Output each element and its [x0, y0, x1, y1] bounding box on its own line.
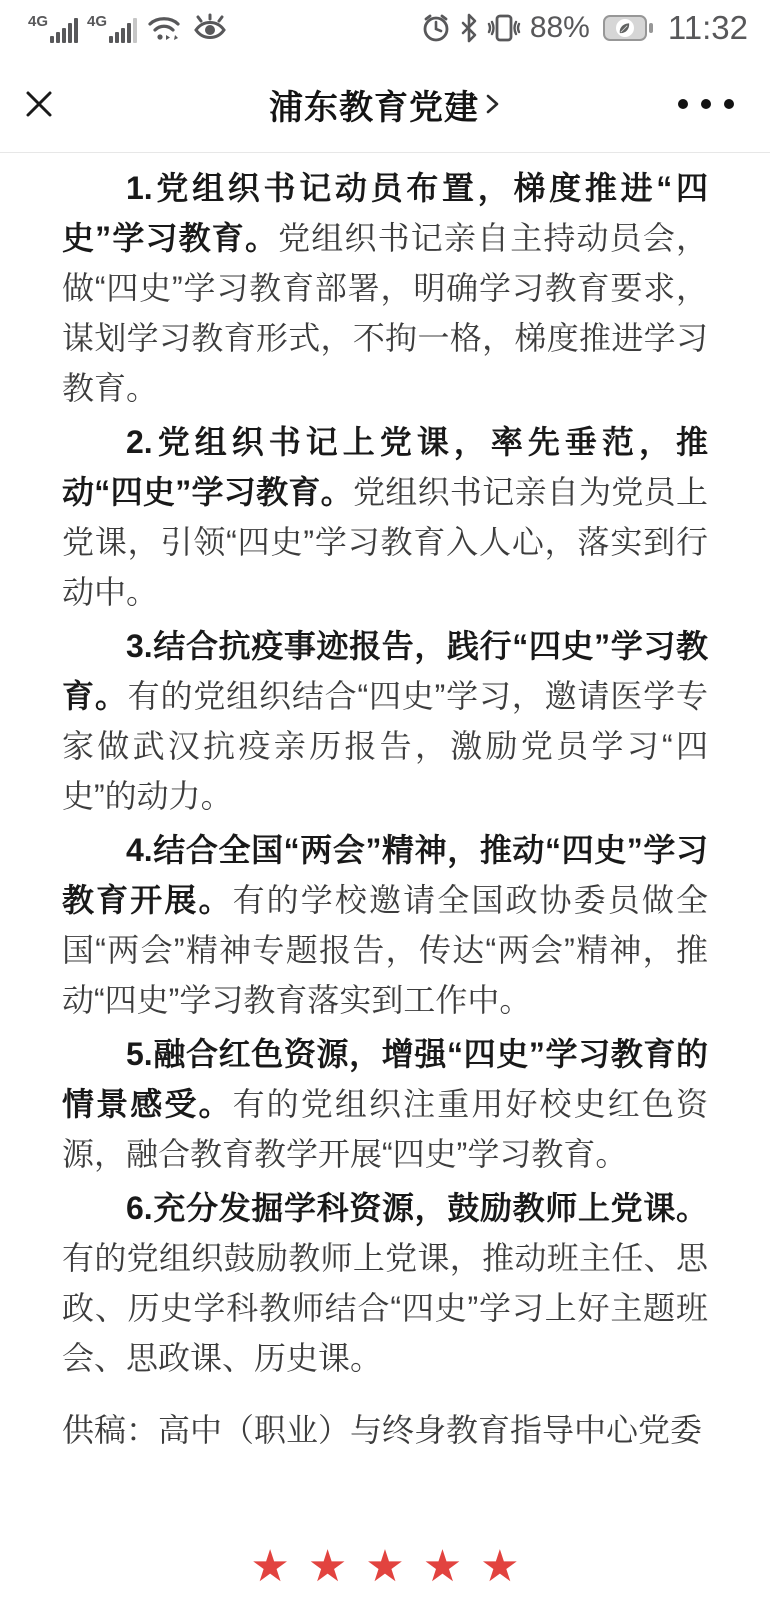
signal-4g-primary-icon: 4G — [28, 13, 78, 43]
paragraph-4: 4.结合全国“两会”精神，推动“四史”学习教育开展。有的学校邀请全国政协委员做全… — [62, 825, 708, 1025]
vibrate-icon — [487, 13, 521, 43]
close-x-icon — [25, 90, 53, 118]
paragraph-6-text: 有的党组织鼓励教师上党课，推动班主任、思政、历史学科教师结合“四史”学习上好主题… — [62, 1240, 708, 1376]
star-icon: ★ — [356, 1542, 413, 1591]
star-icon: ★ — [299, 1542, 356, 1591]
bluetooth-icon — [460, 13, 478, 43]
clock-time: 11:32 — [668, 9, 748, 47]
byline: 供稿：高中（职业）与终身教育指导中心党委 — [62, 1405, 708, 1455]
page-title: 浦东教育党建 — [269, 80, 479, 129]
paragraph-3: 3.结合抗疫事迹报告，践行“四史”学习教育。有的党组织结合“四史”学习，邀请医学… — [62, 621, 708, 821]
paragraph-6: 6.充分发掘学科资源，鼓励教师上党课。有的党组织鼓励教师上党课，推动班主任、思政… — [62, 1183, 708, 1383]
status-left-icons: 4G 4G — [28, 13, 229, 43]
paragraph-2: 2.党组织书记上党课，率先垂范，推动“四史”学习教育。党组织书记亲自为党员上党课… — [62, 417, 708, 617]
star-icon: ★ — [241, 1542, 298, 1591]
alarm-clock-icon — [421, 13, 451, 43]
more-menu-button[interactable] — [678, 99, 734, 109]
wifi-icon — [146, 13, 182, 43]
status-right-icons: 88% 11:32 — [421, 9, 748, 47]
battery-saver-icon — [603, 15, 647, 41]
star-icon: ★ — [414, 1542, 471, 1591]
chevron-right-icon — [485, 90, 501, 118]
paragraph-1: 1.党组织书记动员布置，梯度推进“四史”学习教育。党组织书记亲自主持动员会，做“… — [62, 163, 708, 413]
star-icon: ★ — [471, 1542, 528, 1591]
article-body: 1.党组织书记动员布置，梯度推进“四史”学习教育。党组织书记亲自主持动员会，做“… — [0, 153, 770, 1595]
nav-bar: 浦东教育党建 — [0, 56, 770, 153]
account-title-link[interactable]: 浦东教育党建 — [269, 80, 501, 129]
close-button[interactable] — [24, 89, 54, 119]
paragraph-5: 5.融合红色资源，增强“四史”学习教育的情景感受。有的党组织注重用好校史红色资源… — [62, 1029, 708, 1179]
status-bar: 4G 4G — [0, 0, 770, 56]
battery-percent: 88% — [530, 11, 590, 45]
eye-comfort-icon — [191, 13, 229, 43]
paragraph-6-lead: 6.充分发掘学科资源，鼓励教师上党课。 — [126, 1190, 708, 1226]
rating-stars: ★★★★★ — [62, 1545, 708, 1595]
signal-4g-secondary-icon: 4G — [87, 13, 137, 43]
ellipsis-dot — [701, 99, 711, 109]
paragraph-3-text: 有的党组织结合“四史”学习，邀请医学专家做武汉抗疫亲历报告，激励党员学习“四史”… — [62, 678, 708, 814]
ellipsis-dot — [678, 99, 688, 109]
ellipsis-dot — [724, 99, 734, 109]
